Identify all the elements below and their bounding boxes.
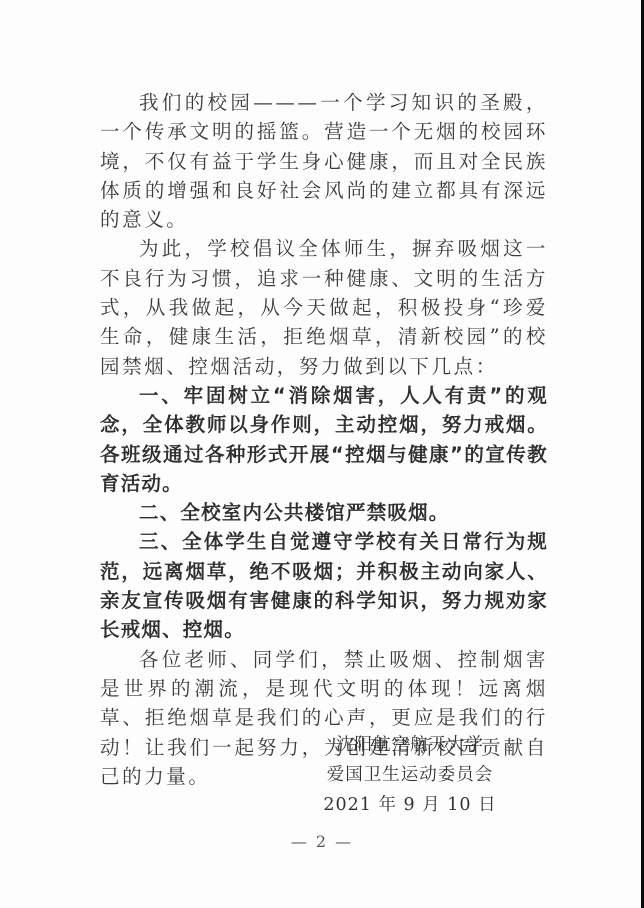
paragraph-initiative: 为此，学校倡议全体师生，摒弃吸烟这一不良行为习惯，追求一种健康、文明的生活方式，… — [100, 234, 548, 380]
signature-organization: 沈阳航空航天大学 — [320, 730, 500, 760]
signature-date: 2021 年 9 月 10 日 — [320, 790, 500, 820]
signature-committee: 爱国卫生运动委员会 — [320, 760, 500, 790]
page-number: — 2 — — [262, 832, 382, 851]
list-item-1: 一、牢固树立“消除烟害，人人有责”的观念，全体教师以身作则，主动控烟，努力戒烟。… — [100, 381, 548, 498]
list-item-3: 三、全体学生自觉遵守学校有关日常行为规范，远离烟草，绝不吸烟；并积极主动向家人、… — [100, 527, 548, 644]
signature-block: 沈阳航空航天大学 爱国卫生运动委员会 2021 年 9 月 10 日 — [320, 730, 500, 820]
paragraph-intro: 我们的校园———一个学习知识的圣殿，一个传承文明的摇篮。营造一个无烟的校园环境，… — [100, 88, 548, 234]
document-page: 我们的校园———一个学习知识的圣殿，一个传承文明的摇篮。营造一个无烟的校园环境，… — [0, 0, 641, 908]
document-body: 我们的校园———一个学习知识的圣殿，一个传承文明的摇篮。营造一个无烟的校园环境，… — [100, 88, 548, 791]
list-item-2: 二、全校室内公共楼馆严禁吸烟。 — [100, 498, 548, 527]
